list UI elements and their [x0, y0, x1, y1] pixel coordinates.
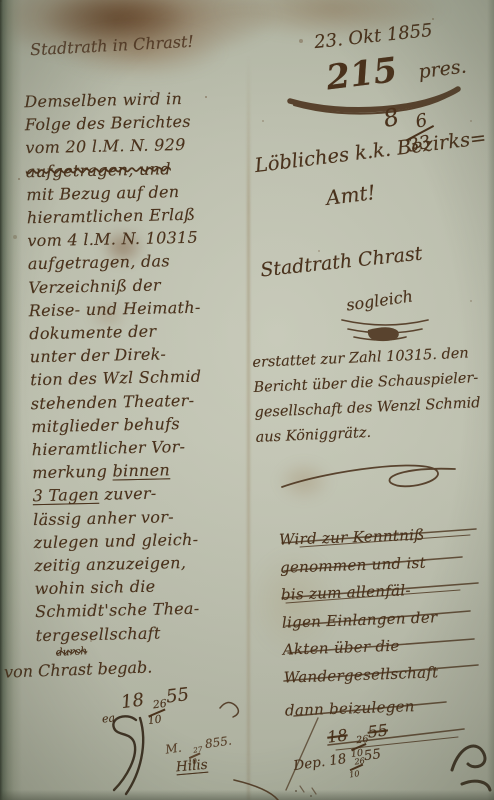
initial-mark — [220, 702, 238, 717]
stain-center — [276, 460, 332, 502]
urgency-scribble — [342, 320, 428, 340]
presentation-number: 215 pres. — [324, 42, 468, 99]
urgency-note: sogleich — [345, 286, 414, 314]
interline-insert-note: durch — [56, 645, 88, 659]
closing-line: von Chrast begab. — [4, 657, 153, 681]
dispatch-flourish — [452, 746, 490, 790]
date-fraction: 2610 — [348, 757, 364, 778]
page-bottom-edge — [0, 790, 494, 800]
manuscript-page: Stadtrath in Chrast! Demselben wird in F… — [0, 0, 494, 800]
praes-label: pres. — [417, 55, 468, 83]
date-fraction: 2610 — [146, 699, 167, 726]
crossed-line: ligen Einlangen der — [281, 604, 437, 637]
crossed-line: dann beizulegen — [285, 692, 441, 725]
manuscript-line: tergesellschaft — [35, 619, 247, 647]
crossed-line: genommen und ist — [280, 549, 436, 582]
page-right-edge — [487, 0, 494, 800]
left-paragraph: Demselben wird in Folge des Berichtes vo… — [24, 86, 248, 647]
crossed-out-draft: Wird zur Kenntniß genommen und ist bis z… — [279, 521, 441, 725]
addressee-line: Stadtrath Chrast — [259, 243, 423, 282]
salutation-line-2: Amt! — [325, 180, 377, 210]
clerk-signature: Hilis — [175, 757, 208, 776]
praes-number: 215 — [324, 50, 399, 98]
pre-signature-mark: ea — [101, 711, 115, 725]
report-paragraph: erstattet zur Zahl 10315. den Bericht üb… — [252, 341, 482, 451]
left-date: 18261055 — [120, 684, 192, 729]
urgency-ink-blob — [368, 327, 399, 341]
vertical-fold-line — [247, 55, 250, 800]
dispatch-note: Dep. 18261055 — [292, 746, 383, 786]
crossed-line: Wandergesellschaft — [283, 659, 439, 692]
salutation-line-1: Löbliches k.k. Bezirks= — [253, 126, 487, 177]
